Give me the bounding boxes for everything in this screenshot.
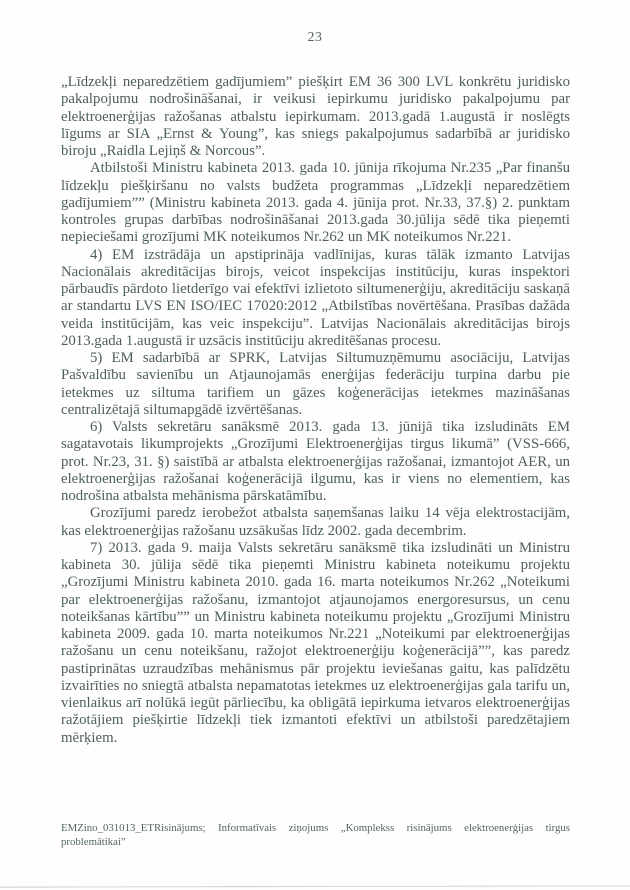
scan-edge-line xyxy=(0,885,630,887)
paragraph-7: 7) 2013. gada 9. maija Valsts sekretāru … xyxy=(61,540,570,747)
paragraph-6: Grozījumi paredz ierobežot atbalsta saņe… xyxy=(61,505,570,540)
document-body: „Līdzekļi neparedzētiem gadījumiem” pieš… xyxy=(61,74,570,747)
paragraph-2: Atbilstoši Ministru kabineta 2013. gada … xyxy=(61,160,570,246)
paragraph-1: „Līdzekļi neparedzētiem gadījumiem” pieš… xyxy=(61,74,570,160)
page-number: 23 xyxy=(0,30,630,46)
paragraph-4: 5) EM sadarbībā ar SPRK, Latvijas Siltum… xyxy=(61,350,570,419)
paragraph-5: 6) Valsts sekretāru sanāksmē 2013. gada … xyxy=(61,419,570,505)
document-page: 23 „Līdzekļi neparedzētiem gadījumiem” p… xyxy=(0,0,630,890)
footer-reference: EMZino_031013_ETRisinājums; Informatīvai… xyxy=(61,822,570,849)
paragraph-3: 4) EM izstrādāja un apstiprināja vadlīni… xyxy=(61,247,570,351)
